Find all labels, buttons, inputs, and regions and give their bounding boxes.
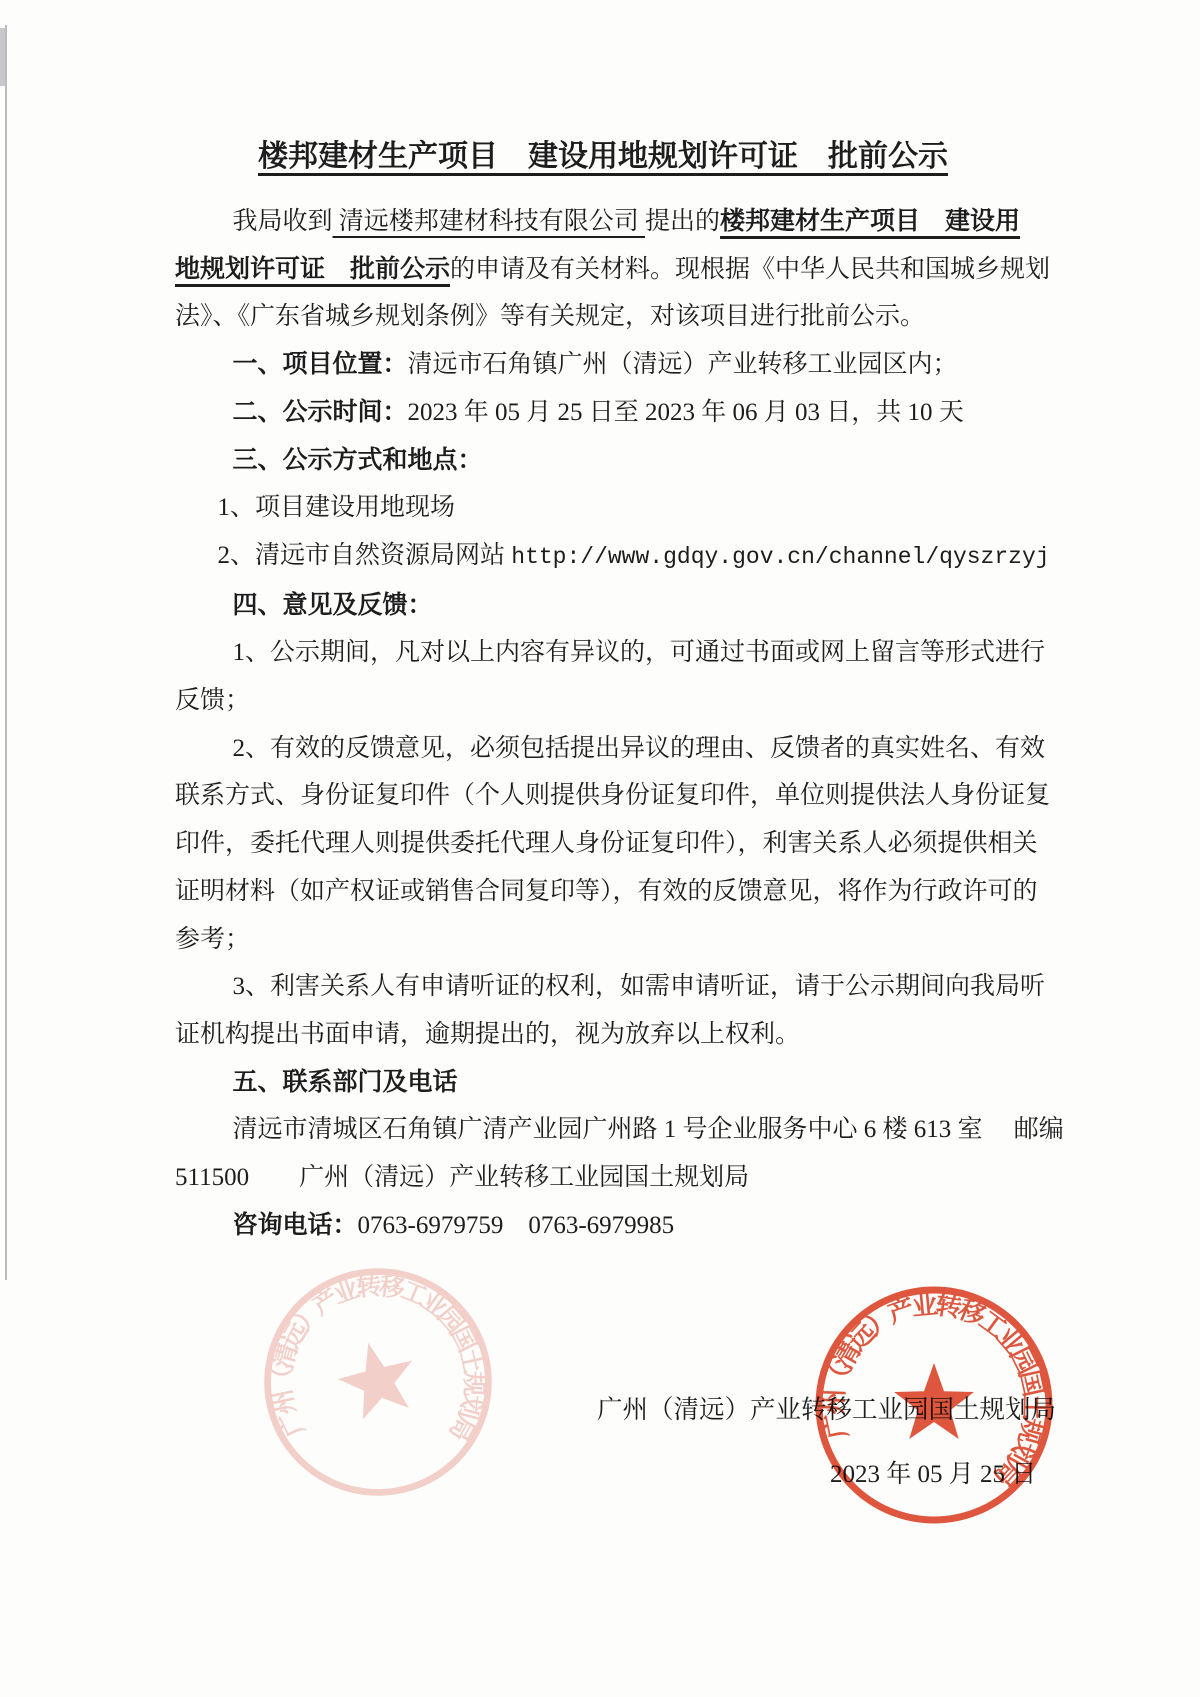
method-item-2-text: 2、清远市自然资源局网站: [218, 542, 512, 569]
section-feedback: 四、意见及反馈：: [175, 582, 1031, 630]
method-item-2: 2、清远市自然资源局网站 http://www.gdqy.gov.cn/chan…: [175, 532, 1031, 582]
intro-line-1: 我局收到 清远楼邦建材科技有限公司 提出的楼邦建材生产项目 建设用: [175, 198, 1031, 246]
scan-artifact-line: [5, 25, 7, 1280]
intro-mid: 提出的: [645, 208, 720, 235]
feedback-p3-line-2: 证机构提出书面申请，逾期提出的，视为放弃以上权利。: [175, 1011, 1031, 1059]
section-method-label: 三、公示方式和地点：: [233, 446, 483, 474]
intro-pre: 我局收到: [233, 208, 333, 235]
section-period: 二、公示时间：2023 年 05 月 25 日至 2023 年 06 月 03 …: [175, 389, 1031, 437]
feedback-p2-line-5: 参考；: [175, 916, 1031, 964]
gov-website-url: http://www.gdqy.gov.cn/channel/qyszrzyj: [511, 544, 1049, 570]
project-name-part1: 楼邦建材生产项目 建设用: [720, 208, 1020, 235]
feedback-p1-line-1: 1、公示期间，凡对以上内容有异议的，可通过书面或网上留言等形式进行: [175, 629, 1031, 677]
section-method: 三、公示方式和地点：: [175, 437, 1031, 485]
intro-line-3: 法》、《广东省城乡规划条例》等有关规定，对该项目进行批前公示。: [175, 293, 1031, 341]
applicant-company-name: 清远楼邦建材科技有限公司: [333, 208, 646, 235]
official-seal-stamp: 广州（清远）产业转移工业园国土规划局: [804, 1275, 1064, 1535]
feedback-p3-line-1: 3、利害关系人有申请听证的权利，如需申请听证，请于公示期间向我局听: [175, 963, 1031, 1011]
scanned-notice-page: 楼邦建材生产项目 建设用地规划许可证 批前公示 我局收到 清远楼邦建材科技有限公…: [0, 0, 1200, 1697]
section-feedback-label: 四、意见及反馈：: [233, 591, 433, 619]
seal-star-icon: [894, 1363, 974, 1439]
section-period-text: 2023 年 05 月 25 日至 2023 年 06 月 03 日，共 10 …: [408, 399, 964, 426]
notice-body: 楼邦建材生产项目 建设用地规划许可证 批前公示 我局收到 清远楼邦建材科技有限公…: [175, 136, 1031, 1249]
feedback-p2-line-3: 印件，委托代理人则提供委托代理人身份证复印件），利害关系人必须提供相关: [175, 820, 1031, 868]
contact-phone-line: 咨询电话：0763-6979759 0763-6979985: [175, 1202, 1031, 1250]
faint-seal-stamp: 广州（清远）产业转移工业园国土规划局: [227, 1231, 530, 1534]
section-location-text: 清远市石角镇广州（清远）产业转移工业园区内；: [408, 351, 958, 378]
intro-line-2: 地规划许可证 批前公示的申请及有关材料。现根据《中华人民共和国城乡规划: [175, 246, 1031, 294]
section-location: 一、项目位置：清远市石角镇广州（清远）产业转移工业园区内；: [175, 341, 1031, 389]
phone-label: 咨询电话：: [233, 1211, 358, 1239]
method-item-1: 1、项目建设用地现场: [175, 484, 1031, 532]
feedback-p2-line-1: 2、有效的反馈意见，必须包括提出异议的理由、反馈者的真实姓名、有效: [175, 725, 1031, 773]
intro-rest: 的申请及有关材料。现根据《中华人民共和国城乡规划: [450, 256, 1050, 283]
feedback-p2-line-2: 联系方式、身份证复印件（个人则提供身份证复印件，单位则提供法人身份证复: [175, 772, 1031, 820]
section-contact-label: 五、联系部门及电话: [233, 1068, 458, 1096]
feedback-p1-line-2: 反馈；: [175, 677, 1031, 725]
contact-address-line-1: 清远市清城区石角镇广清产业园广州路 1 号企业服务中心 6 楼 613 室 邮编: [175, 1106, 1031, 1154]
section-location-label: 一、项目位置：: [233, 350, 408, 378]
phone-numbers: 0763-6979759 0763-6979985: [358, 1212, 675, 1239]
notice-title: 楼邦建材生产项目 建设用地规划许可证 批前公示: [175, 136, 1031, 178]
section-period-label: 二、公示时间：: [233, 398, 408, 426]
section-contact: 五、联系部门及电话: [175, 1059, 1031, 1107]
feedback-p2-line-4: 证明材料（如产权证或销售合同复印等），有效的反馈意见，将作为行政许可的: [175, 868, 1031, 916]
seal-star-icon: [331, 1334, 423, 1423]
contact-address-line-2: 511500 广州（清远）产业转移工业园国土规划局: [175, 1154, 1031, 1202]
project-name-part2: 地规划许可证 批前公示: [175, 256, 450, 283]
